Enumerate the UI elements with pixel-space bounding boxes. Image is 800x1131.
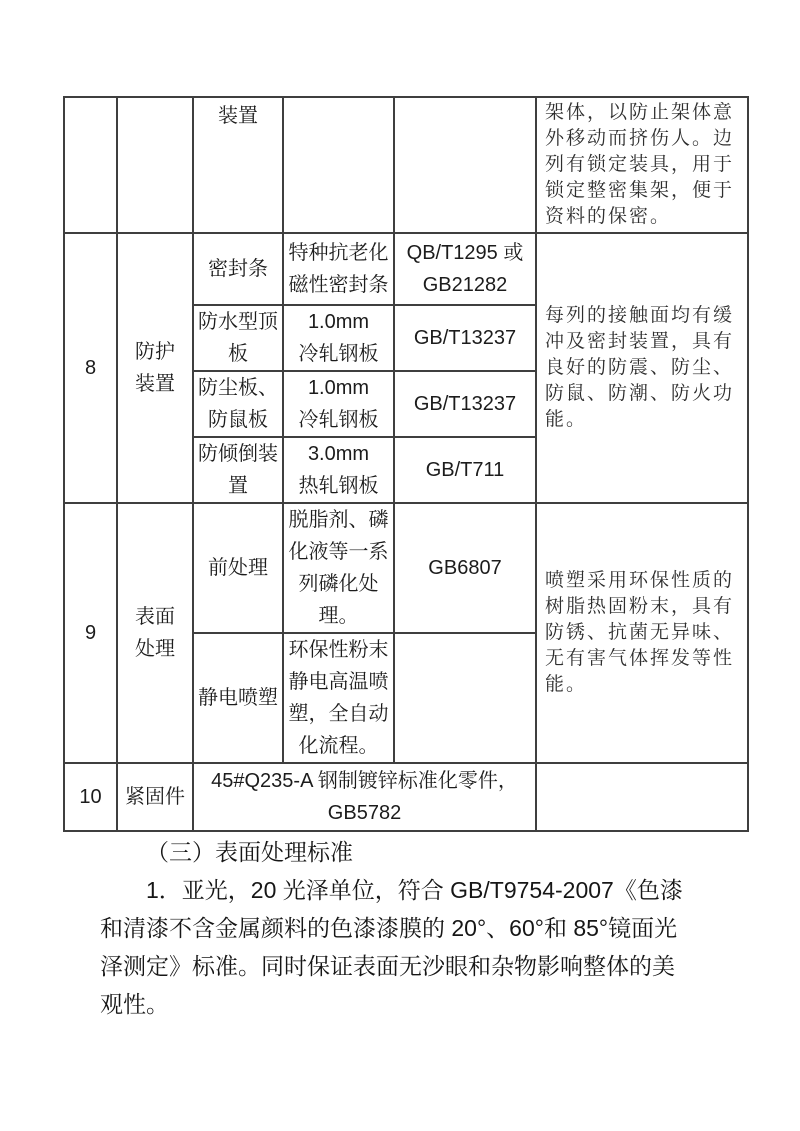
carryover-empty-material-cell [283,97,394,233]
row9-sub1-standard-cell [394,633,536,763]
carryover-item-cell: 装置 [193,97,283,233]
row8-sub3-item-cell: 防倾倒装 置 [193,437,283,503]
carryover-note-cell: 架体，以防止架体意 外移动而挤伤人。边 列有锁定装具，用于 锁定整密集架，便于 … [536,97,748,233]
row8-sub0: 8 防护 装置 密封条 特种抗老化 磁性密封条 QB/T1295 或 GB212… [64,233,748,305]
row8-sub0-standard-cell: QB/T1295 或 GB21282 [394,233,536,305]
body-paragraph: 1．亚光，20 光泽单位，符合 GB/T9754-2007《色漆 和清漆不含金属… [100,871,704,1023]
spec-table: 装置 架体，以防止架体意 外移动而挤伤人。边 列有锁定装具，用于 锁定整密集架，… [63,96,749,832]
row9-category-cell: 表面 处理 [117,503,193,763]
row10-empty-note-cell [536,763,748,831]
row8-sub3-material-cell: 3.0mm 热轧钢板 [283,437,394,503]
row9-sub0: 9 表面 处理 前处理 脱脂剂、磷 化液等一系 列磷化处 理。 GB6807 喷… [64,503,748,633]
row9-note-cell: 喷塑采用环保性质的 树脂热固粉末，具有 防锈、抗菌无异味、 无有害气体挥发等性 … [536,503,748,763]
carryover-empty-standard-cell [394,97,536,233]
carryover-empty-number-cell [64,97,117,233]
row9-sub0-item-cell: 前处理 [193,503,283,633]
row8-sub1-item-cell: 防水型顶 板 [193,305,283,371]
document-page: 装置 架体，以防止架体意 外移动而挤伤人。边 列有锁定装具，用于 锁定整密集架，… [0,0,800,1131]
row8-sub2-material-cell: 1.0mm 冷轧钢板 [283,371,394,437]
row8-category-cell: 防护 装置 [117,233,193,503]
row10: 10 紧固件 45#Q235-A 钢制镀锌标准化零件， GB5782 [64,763,748,831]
row8-note-cell: 每列的接触面均有缓 冲及密封装置，具有 良好的防震、防尘、 防鼠、防潮、防火功 … [536,233,748,503]
carryover-empty-category-cell [117,97,193,233]
body-text-block: （三）表面处理标准 1．亚光，20 光泽单位，符合 GB/T9754-2007《… [100,833,704,1023]
row8-number-cell: 8 [64,233,117,503]
row9-sub1-material-cell: 环保性粉末 静电高温喷 塑，全自动 化流程。 [283,633,394,763]
row8-sub0-material-cell: 特种抗老化 磁性密封条 [283,233,394,305]
carryover-row: 装置 架体，以防止架体意 外移动而挤伤人。边 列有锁定装具，用于 锁定整密集架，… [64,97,748,233]
row8-sub2-item-cell: 防尘板、 防鼠板 [193,371,283,437]
section-heading: （三）表面处理标准 [100,833,704,871]
row9-sub1-item-cell: 静电喷塑 [193,633,283,763]
row8-sub0-item-cell: 密封条 [193,233,283,305]
row8-sub1-standard-cell: GB/T13237 [394,305,536,371]
row9-number-cell: 9 [64,503,117,763]
row10-spec-cell: 45#Q235-A 钢制镀锌标准化零件， GB5782 [193,763,536,831]
row9-sub0-material-cell: 脱脂剂、磷 化液等一系 列磷化处 理。 [283,503,394,633]
row8-sub3-standard-cell: GB/T711 [394,437,536,503]
row8-sub1-material-cell: 1.0mm 冷轧钢板 [283,305,394,371]
row10-category-cell: 紧固件 [117,763,193,831]
row9-sub0-standard-cell: GB6807 [394,503,536,633]
row8-sub2-standard-cell: GB/T13237 [394,371,536,437]
row10-number-cell: 10 [64,763,117,831]
